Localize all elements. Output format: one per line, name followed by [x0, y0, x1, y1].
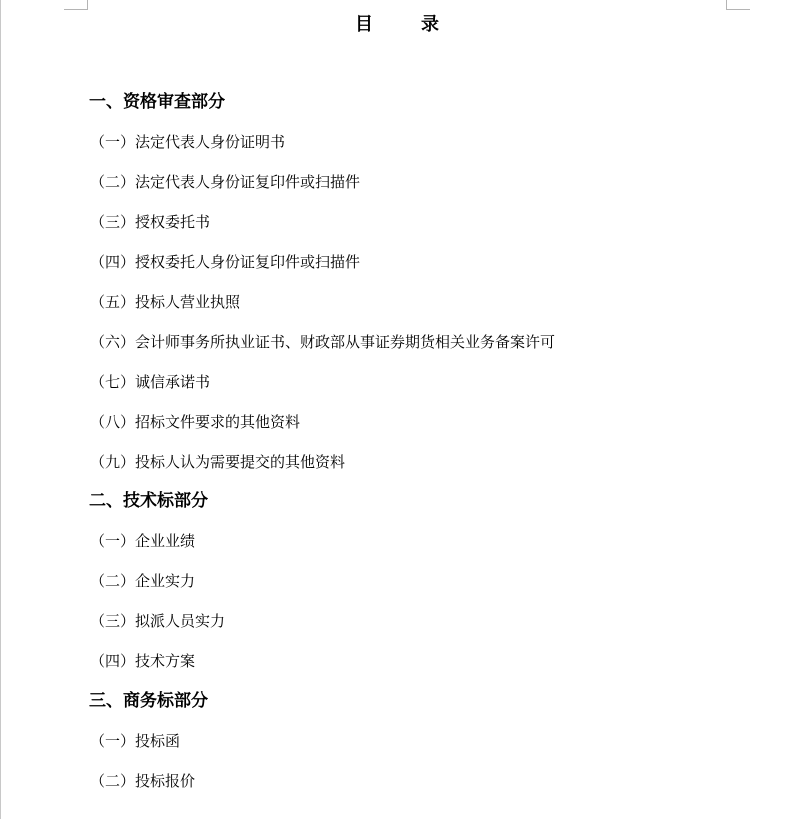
toc-item[interactable]: （一）投标函 — [89, 727, 208, 755]
toc-section-2: 二、技术标部分 （一）企业业绩 （二）企业实力 （三）拟派人员实力 （四）技术方… — [89, 487, 225, 687]
toc-item[interactable]: （二）企业实力 — [89, 567, 225, 595]
section-heading[interactable]: 一、资格审查部分 — [89, 88, 729, 116]
toc-item[interactable]: （四）授权委托人身份证复印件或扫描件 — [89, 248, 729, 276]
toc-item[interactable]: （四）技术方案 — [89, 647, 225, 675]
section-heading[interactable]: 三、商务标部分 — [89, 687, 208, 715]
toc-section-3: 三、商务标部分 （一）投标函 （二）投标报价 — [89, 687, 208, 807]
toc-title-char-1: 目 — [355, 10, 373, 36]
toc-item[interactable]: （一）法定代表人身份证明书 — [89, 128, 729, 156]
toc-item[interactable]: （三）拟派人员实力 — [89, 607, 225, 635]
toc-item[interactable]: （五）投标人营业执照 — [89, 288, 729, 316]
toc-section-1: 一、资格审查部分 （一）法定代表人身份证明书 （二）法定代表人身份证复印件或扫描… — [89, 88, 729, 488]
toc-item[interactable]: （八）招标文件要求的其他资料 — [89, 408, 729, 436]
toc-item[interactable]: （二）法定代表人身份证复印件或扫描件 — [89, 168, 729, 196]
toc-title: 目录 — [0, 10, 794, 36]
page-left-edge — [0, 0, 1, 819]
margin-corner-mark-top-right — [726, 0, 750, 10]
section-heading[interactable]: 二、技术标部分 — [89, 487, 225, 515]
toc-item[interactable]: （二）投标报价 — [89, 767, 208, 795]
toc-item[interactable]: （七）诚信承诺书 — [89, 368, 729, 396]
margin-corner-mark-top-left — [64, 0, 88, 10]
toc-title-char-2: 录 — [421, 10, 439, 36]
toc-item[interactable]: （九）投标人认为需要提交的其他资料 — [89, 448, 729, 476]
toc-item[interactable]: （一）企业业绩 — [89, 527, 225, 555]
toc-item[interactable]: （六）会计师事务所执业证书、财政部从事证券期货相关业务备案许可 — [89, 328, 729, 356]
toc-item[interactable]: （三）授权委托书 — [89, 208, 729, 236]
